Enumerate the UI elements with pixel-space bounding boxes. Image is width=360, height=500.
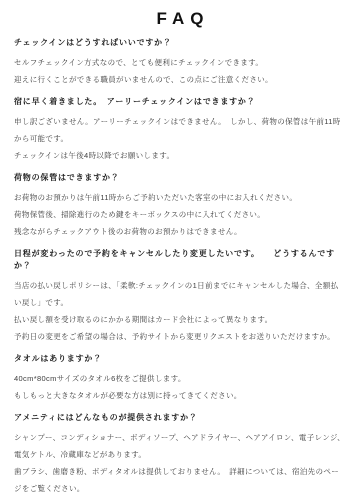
faq-answer: 払い戻し額を受け取るのにかかる期間はカード会社によって異なります。 <box>14 311 346 328</box>
faq-answer: 予約日の変更をご希望の場合は、予約サイトから変更リクエストをお送りいただけますか… <box>14 328 346 345</box>
faq-question: 荷物の保管はできますか？ <box>14 172 346 184</box>
faq-answer: セルフチェックイン方式なので、とても便利にチェックインできます。 <box>14 54 346 71</box>
faq-answer: もしもっと大きなタオルが必要な方は別に持ってきてください。 <box>14 387 346 404</box>
faq-question: 宿に早く着きました。 アーリーチェックインはできますか？ <box>14 96 346 108</box>
faq-answer: 荷物保管後、掃除進行のため鍵をキーボックスの中に入れてください。 <box>14 206 346 223</box>
faq-answer: シャンプー、コンディショナー、ボディソープ、ヘアドライヤー、ヘアアイロン、電子レ… <box>14 429 346 463</box>
faq-answer: チェックインは午後4時以降でお願いします。 <box>14 147 346 164</box>
faq-section-towels: タオルはありますか？ 40cm*80cmサイズのタオル6枚をご提供します。 もし… <box>14 353 346 404</box>
faq-section-checkin: チェックインはどうすればいいですか？ セルフチェックイン方式なので、とても便利に… <box>14 37 346 88</box>
faq-question: アメニティにはどんなものが提供されますか？ <box>14 412 346 424</box>
faq-answer: 当店の払い戻しポリシーは、「柔軟:チェックインの1日前までにキャンセルした場合、… <box>14 277 346 311</box>
faq-section-early-checkin: 宿に早く着きました。 アーリーチェックインはできますか？ 申し訳ございません。ア… <box>14 96 346 164</box>
faq-answer: 残念ながらチェックアウト後のお荷物のお預かりはできません。 <box>14 223 346 240</box>
faq-page: FAQ チェックインはどうすればいいですか？ セルフチェックイン方式なので、とて… <box>0 0 360 500</box>
page-title: FAQ <box>20 9 346 29</box>
faq-question: チェックインはどうすればいいですか？ <box>14 37 346 49</box>
faq-answer: 歯ブラシ、歯磨き粉、ボディタオルは提供しておりません。 詳細については、宿泊先の… <box>14 463 346 497</box>
faq-section-cancel-change: 日程が変わったので予約をキャンセルしたり変更したいです。 どうするんですか？ 当… <box>14 248 346 345</box>
faq-question: 日程が変わったので予約をキャンセルしたり変更したいです。 どうするんですか？ <box>14 248 346 272</box>
faq-section-luggage: 荷物の保管はできますか？ お荷物のお預かりは午前11時からご予約いただいた客室の… <box>14 172 346 240</box>
faq-answer: 迎えに行くことができる職員がいませんので、この点にご注意ください。 <box>14 71 346 88</box>
faq-question: タオルはありますか？ <box>14 353 346 365</box>
faq-section-amenities: アメニティにはどんなものが提供されますか？ シャンプー、コンディショナー、ボディ… <box>14 412 346 497</box>
faq-answer: 40cm*80cmサイズのタオル6枚をご提供します。 <box>14 370 346 387</box>
faq-answer: お荷物のお預かりは午前11時からご予約いただいた客室の中にお入れください。 <box>14 189 346 206</box>
faq-answer: 申し訳ございません。アーリーチェックインはできません。 しかし、荷物の保管は午前… <box>14 113 346 147</box>
